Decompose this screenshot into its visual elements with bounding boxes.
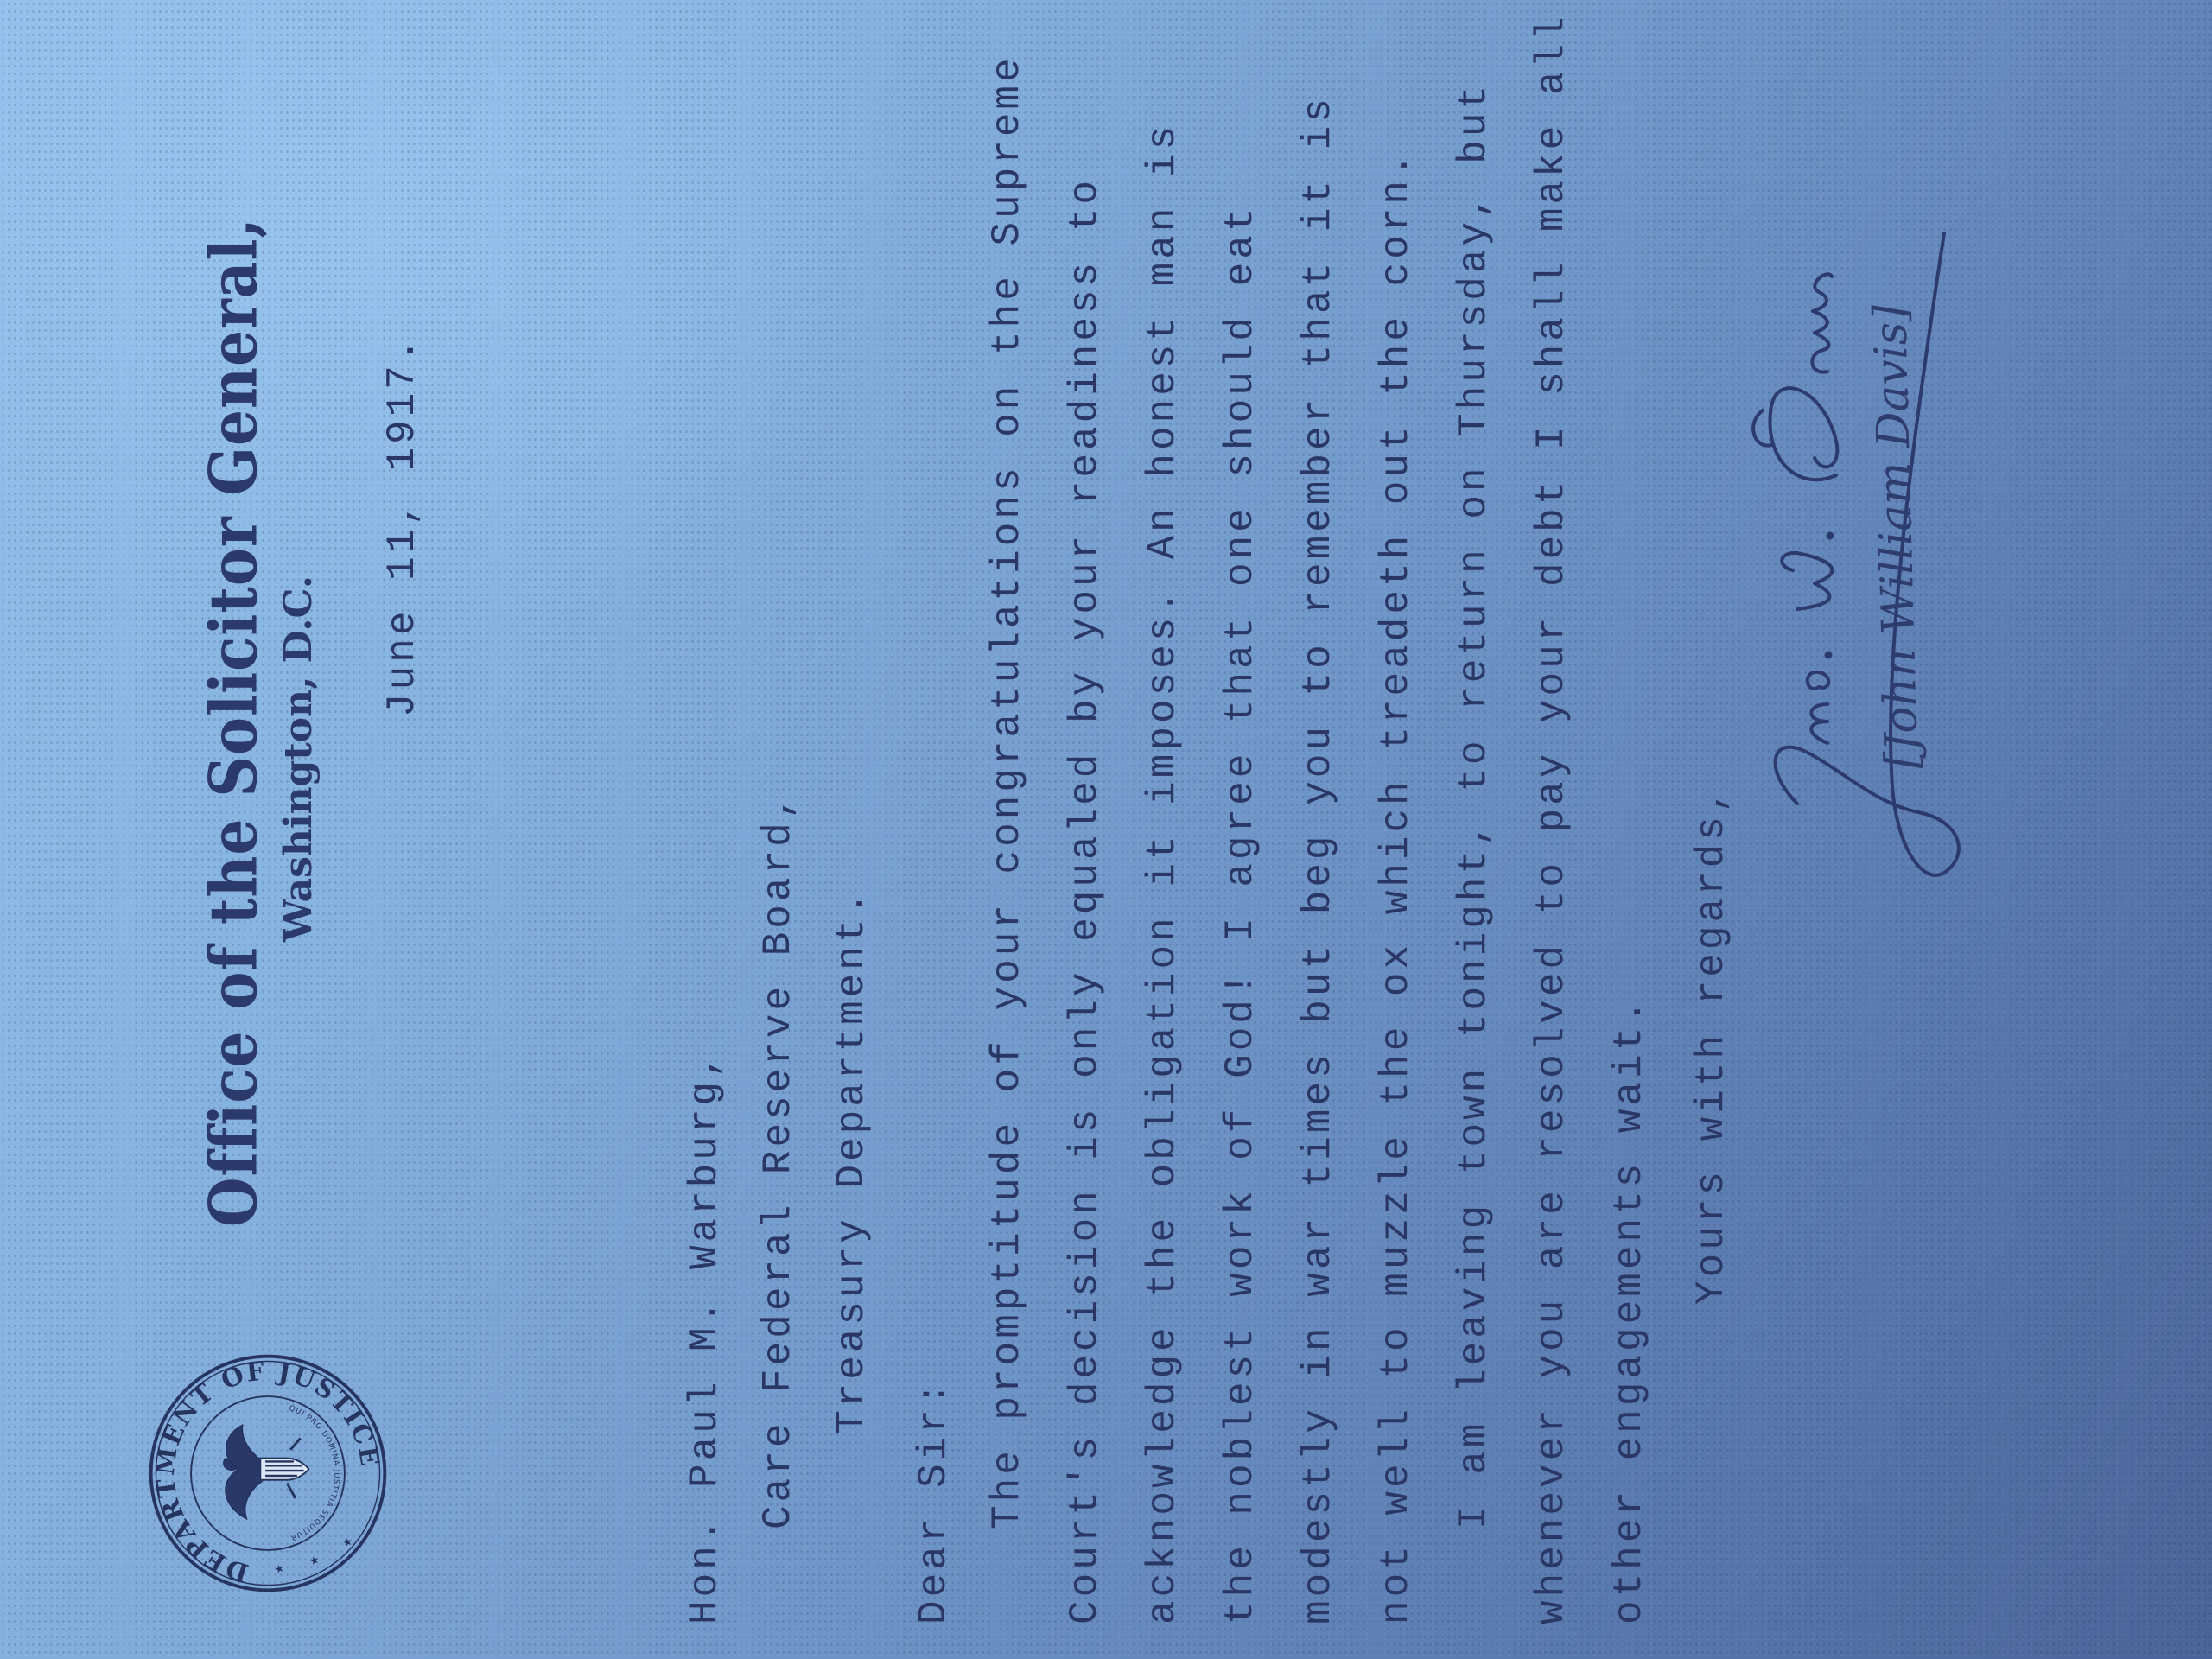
letter-date: June 11, 1917. xyxy=(380,335,425,717)
body-line: Court's decision is only equaled by your… xyxy=(1063,177,1108,1624)
closing: Yours with regards, xyxy=(1689,786,1734,1306)
recipient-department: Treasury Department. xyxy=(829,888,874,1434)
body-line: not well to muzzle the ox which treadeth… xyxy=(1374,149,1419,1624)
salutation: Dear Sir: xyxy=(912,1379,957,1624)
body-line: whenever you are resolved to pay your de… xyxy=(1529,13,1574,1624)
letter-page: DEPARTMENT OF JUSTICE QUI PRO DOMINA JUS… xyxy=(0,0,2212,1659)
body-line: I am leaving town tonight, to return on … xyxy=(1452,82,1497,1529)
recipient-organization: Care Federal Reserve Board, xyxy=(756,792,801,1529)
letterhead-office: Office of the Solicitor General, xyxy=(194,217,272,1227)
body-line: the noblest work of God! I agree that on… xyxy=(1218,205,1263,1624)
signature-icon xyxy=(1745,43,1987,907)
svg-text:★: ★ xyxy=(340,1538,357,1547)
body-line: The promptitude of your congratulations … xyxy=(985,54,1030,1529)
handwritten-signature xyxy=(1745,43,1987,907)
body-line: other engagements wait. xyxy=(1607,996,1652,1624)
svg-text:★: ★ xyxy=(307,1556,323,1565)
body-line: modestly in war times but beg you to rem… xyxy=(1296,95,1341,1624)
recipient-name: Hon. Paul M. Warburg, xyxy=(683,1051,728,1624)
department-of-justice-seal: DEPARTMENT OF JUSTICE QUI PRO DOMINA JUS… xyxy=(143,1348,393,1599)
body-line: acknowledge the obligation it imposes. A… xyxy=(1141,123,1185,1624)
eagle-seal-icon: DEPARTMENT OF JUSTICE QUI PRO DOMINA JUS… xyxy=(143,1348,393,1599)
letterhead-place: Washington, D.C. xyxy=(276,575,321,942)
svg-text:★: ★ xyxy=(271,1565,288,1573)
